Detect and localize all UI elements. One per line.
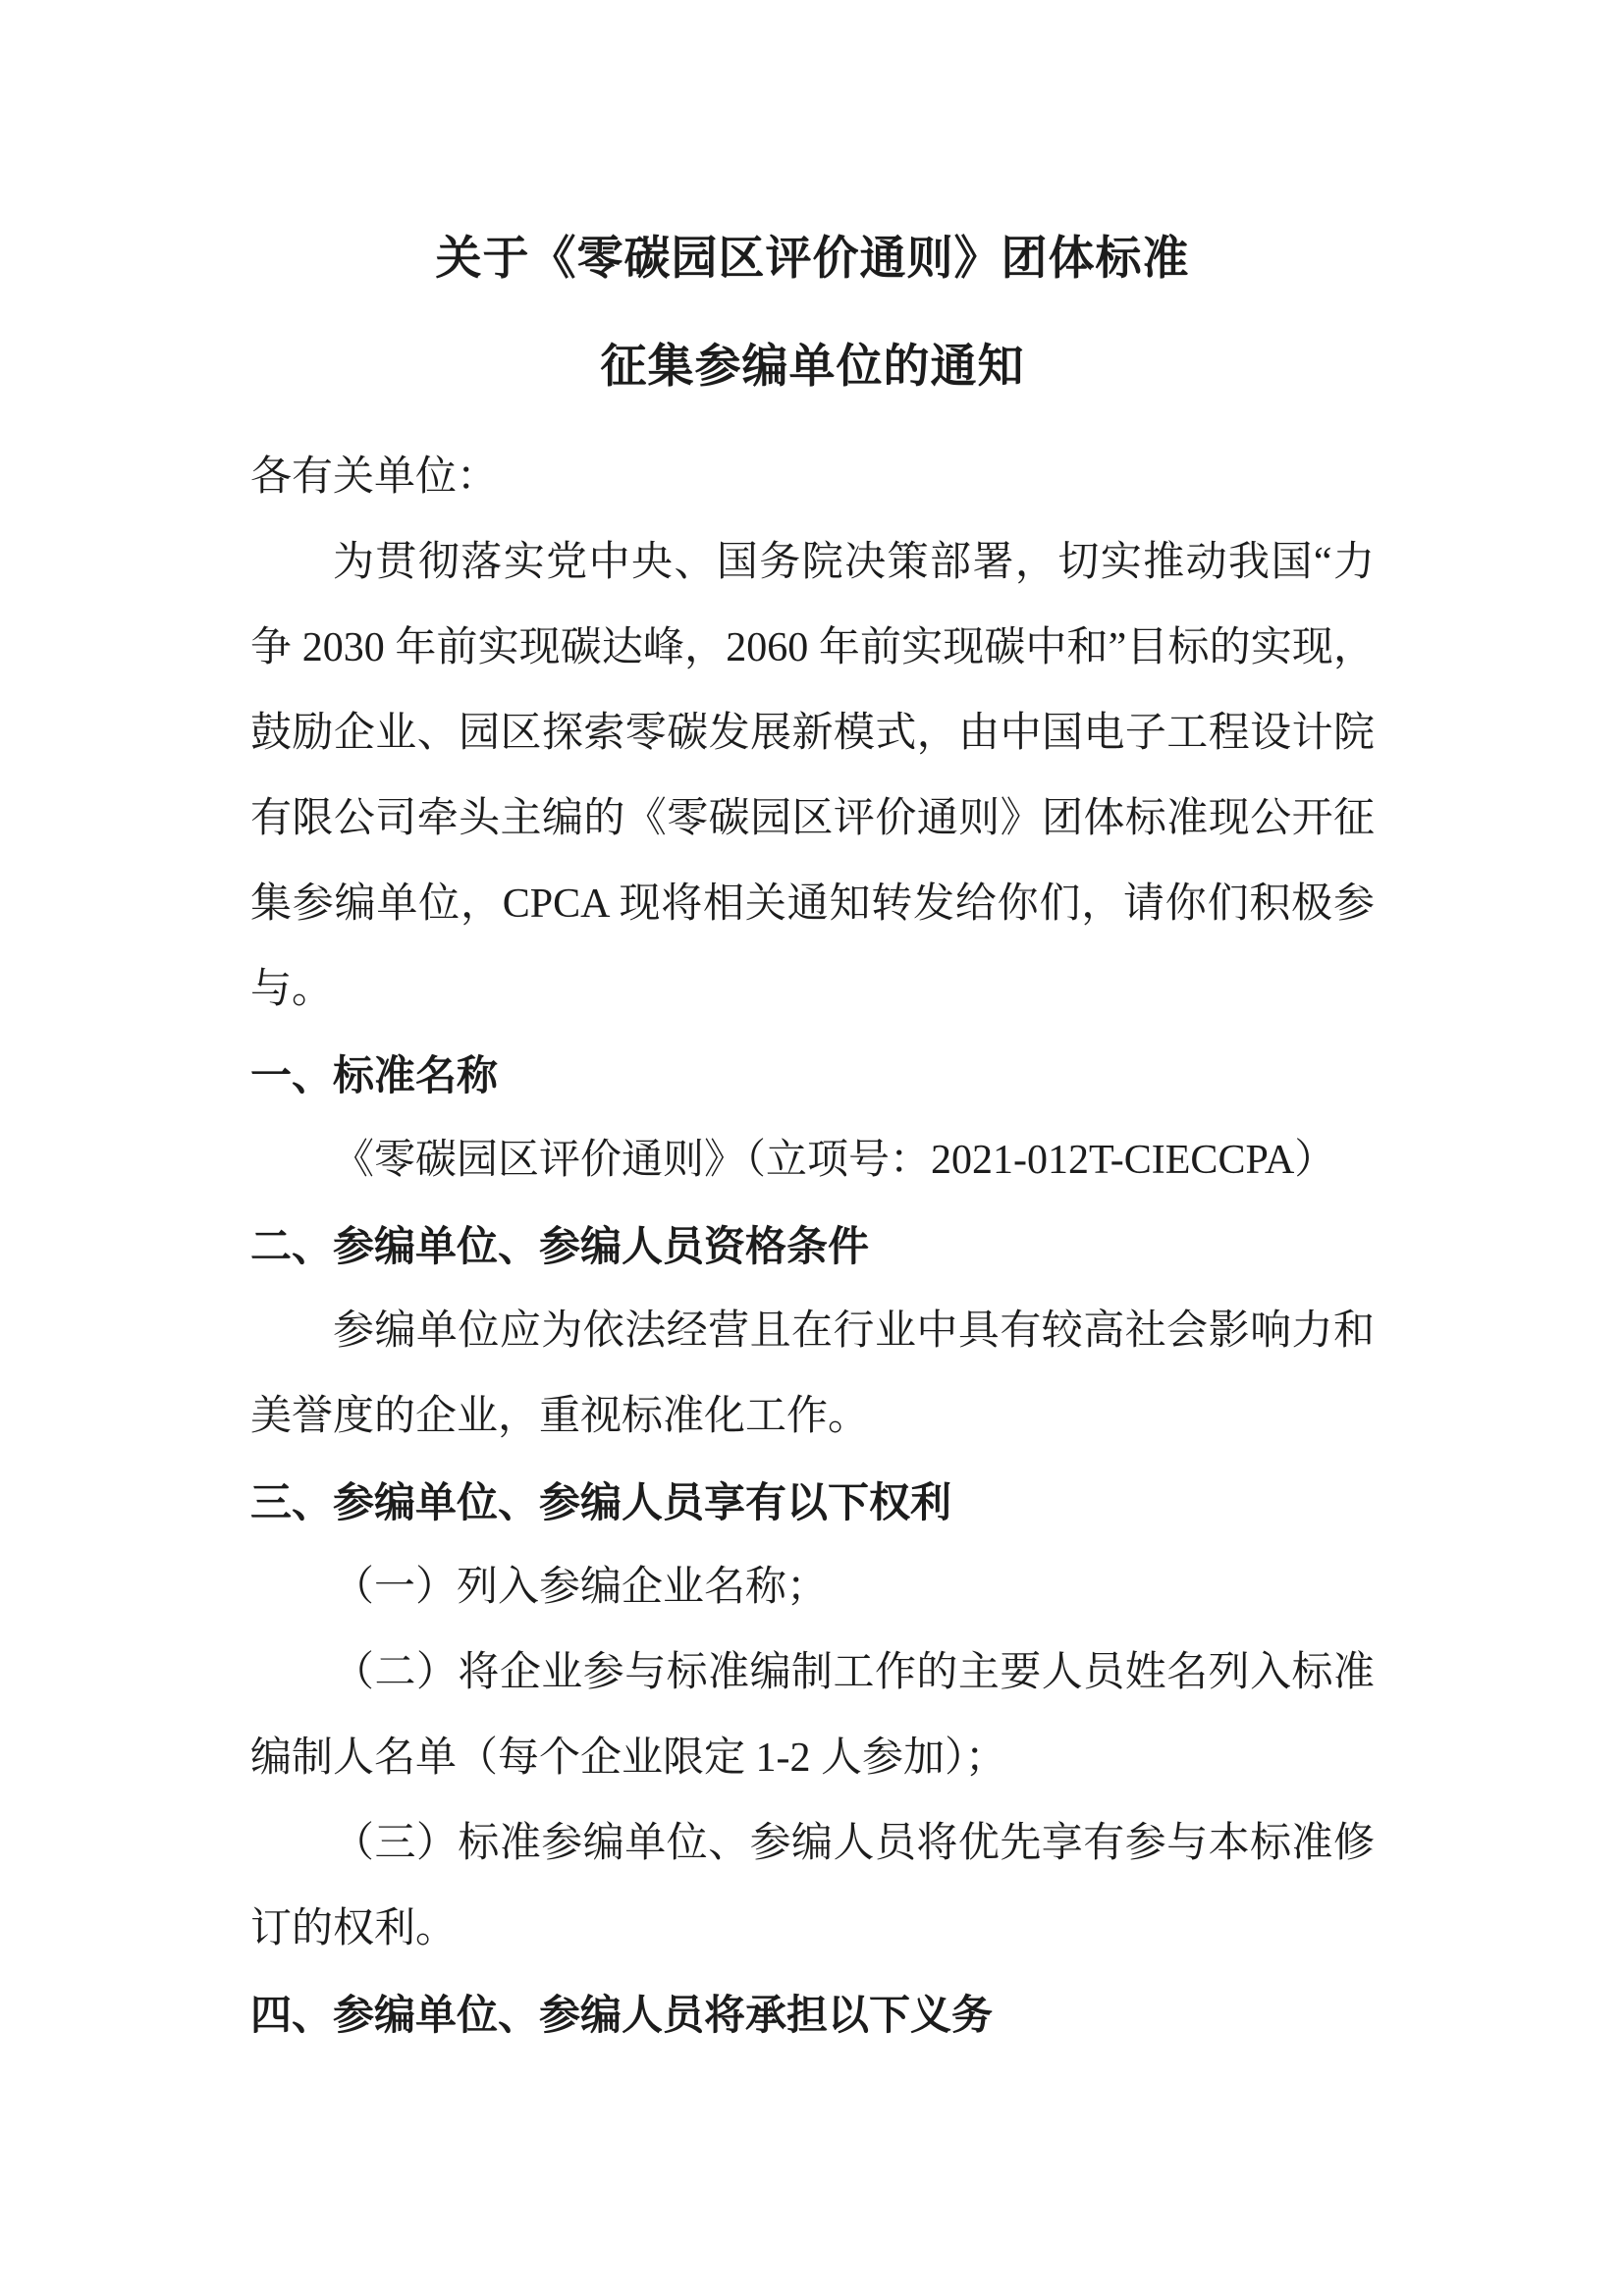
document-page: 关于《零碳园区评价通则》团体标准 征集参编单位的通知 各有关单位： 为贯彻落实党…: [0, 0, 1624, 2296]
document-content: 关于《零碳园区评价通则》团体标准 征集参编单位的通知 各有关单位： 为贯彻落实党…: [250, 0, 1375, 2057]
rights-item-3: （三）标准参编单位、参编人员将优先享有参与本标准修订的权利。: [250, 1801, 1375, 1972]
standard-name-paragraph: 《零碳园区评价通则》（立项号：2021-012T-CIECCPA）: [250, 1118, 1375, 1203]
section-3-heading: 三、参编单位、参编人员享有以下权利: [250, 1460, 1375, 1545]
qualification-paragraph: 参编单位应为依法经营且在行业中具有较高社会影响力和美誉度的企业，重视标准化工作。: [250, 1289, 1375, 1460]
document-title-line-2: 征集参编单位的通知: [250, 339, 1375, 394]
section-4-heading: 四、参编单位、参编人员将承担以下义务: [250, 1972, 1375, 2057]
rights-item-1: （一）列入参编企业名称；: [250, 1545, 1375, 1630]
intro-paragraph: 为贯彻落实党中央、国务院决策部署，切实推动我国“力争 2030 年前实现碳达峰，…: [250, 520, 1375, 1033]
rights-item-2: （二）将企业参与标准编制工作的主要人员姓名列入标准编制人名单（每个企业限定 1-…: [250, 1630, 1375, 1801]
section-1-heading: 一、标准名称: [250, 1033, 1375, 1118]
salutation: 各有关单位：: [250, 435, 1375, 520]
document-title-line-1: 关于《零碳园区评价通则》团体标准: [250, 231, 1375, 286]
section-2-heading: 二、参编单位、参编人员资格条件: [250, 1203, 1375, 1289]
